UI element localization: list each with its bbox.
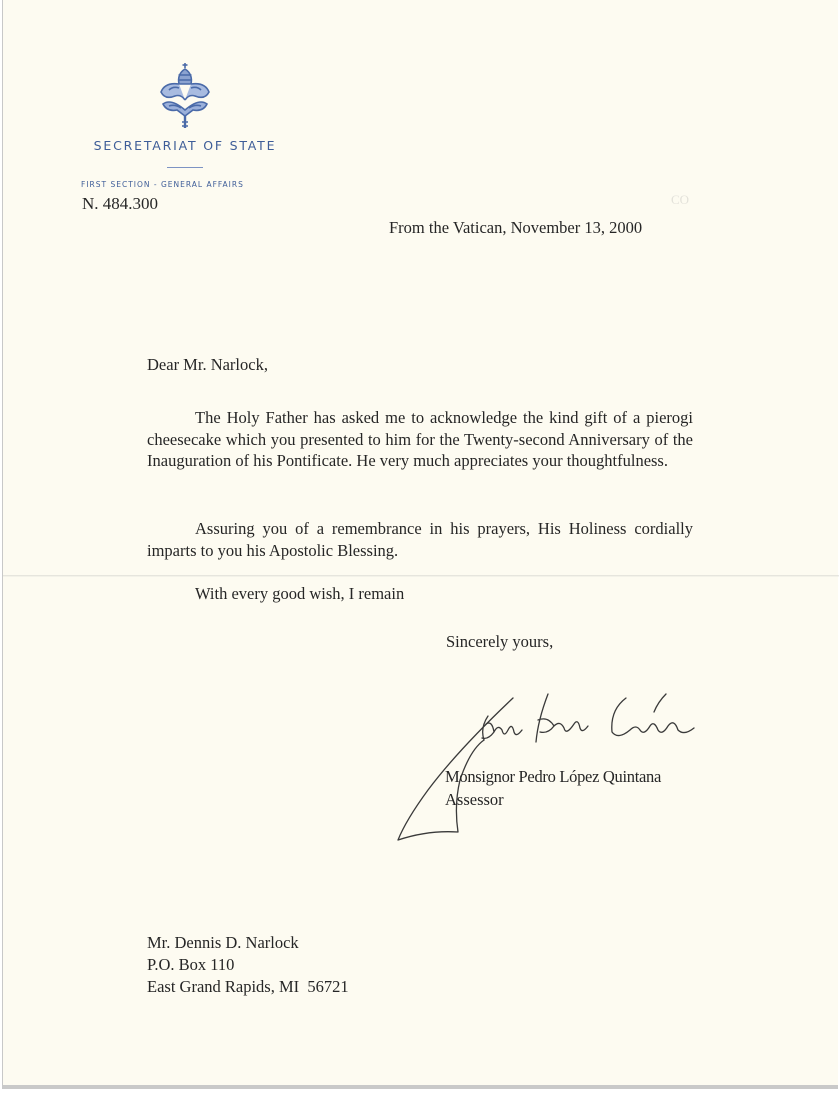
signer-title: Assessor bbox=[445, 790, 504, 810]
body-paragraph: Assuring you of a remembrance in his pra… bbox=[147, 518, 693, 561]
signer-name: Monsignor Pedro López Quintana bbox=[445, 767, 661, 787]
address-line: P.O. Box 110 bbox=[147, 954, 349, 976]
stamp-bleed-through: CO bbox=[671, 192, 689, 208]
letterhead-divider bbox=[167, 167, 203, 168]
papal-emblem-icon bbox=[155, 60, 215, 132]
letter-page: CO SECRETARIAT OF STATE bbox=[2, 0, 838, 1089]
letterhead-title: SECRETARIAT OF STATE bbox=[65, 138, 305, 153]
valediction: Sincerely yours, bbox=[446, 632, 553, 652]
reference-number: N. 484.300 bbox=[82, 194, 158, 214]
address-line: East Grand Rapids, MI 56721 bbox=[147, 976, 349, 998]
recipient-address: Mr. Dennis D. Narlock P.O. Box 110 East … bbox=[147, 932, 349, 998]
paper-fold-line bbox=[3, 575, 839, 577]
address-line: Mr. Dennis D. Narlock bbox=[147, 932, 349, 954]
salutation: Dear Mr. Narlock, bbox=[147, 355, 268, 375]
letterhead-section: FIRST SECTION - GENERAL AFFAIRS bbox=[65, 180, 305, 189]
closing-line: With every good wish, I remain bbox=[195, 584, 404, 604]
dateline: From the Vatican, November 13, 2000 bbox=[389, 218, 642, 238]
body-paragraph: The Holy Father has asked me to acknowle… bbox=[147, 407, 693, 472]
letterhead: SECRETARIAT OF STATE FIRST SECTION - GEN… bbox=[65, 60, 305, 189]
